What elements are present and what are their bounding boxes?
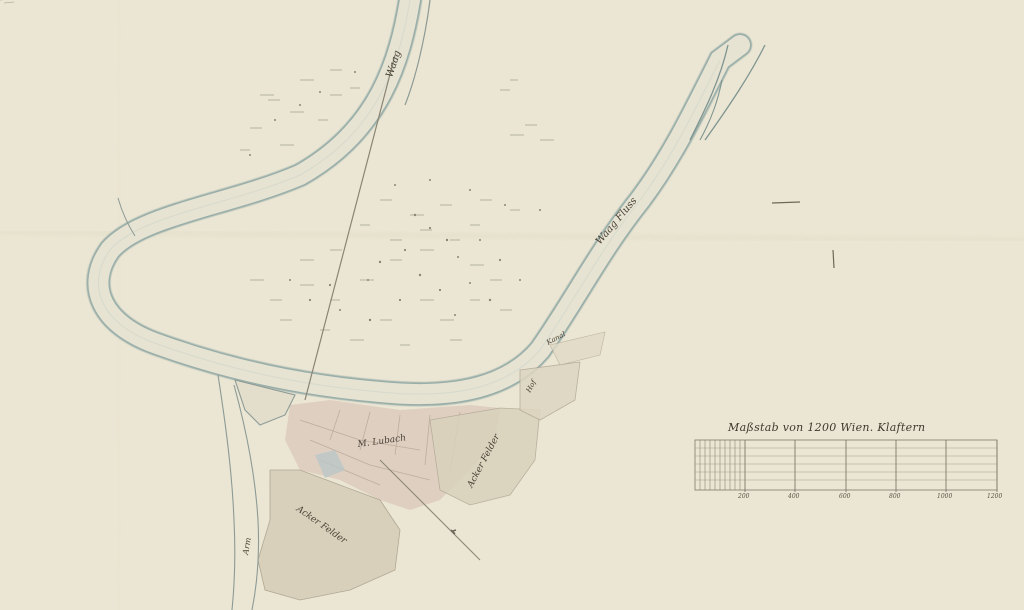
scale-tick-label: 400 xyxy=(788,493,799,500)
marsh-hatching xyxy=(0,0,14,3)
scale-tick-label: 200 xyxy=(738,493,749,500)
scale-bar xyxy=(695,440,997,492)
scale-tick-label: 800 xyxy=(889,493,900,500)
scale-bar-title: Maßstab von 1200 Wien. Klaftern xyxy=(728,421,925,434)
scale-ticks: 200 400 600 800 1000 1200 xyxy=(0,493,1024,505)
scale-tick-label: 1000 xyxy=(937,493,952,500)
paper-fold-lines xyxy=(0,0,1024,610)
map-canvas: Waag Waag Fluss M. Lubach Acker Felder A… xyxy=(0,0,1024,610)
label-branch-west: Arm xyxy=(241,536,253,556)
marsh-area xyxy=(240,70,554,345)
scale-tick-label: 1200 xyxy=(987,493,1002,500)
road-line xyxy=(305,55,395,400)
river-main xyxy=(98,0,765,394)
scale-tick-label: 600 xyxy=(839,493,850,500)
historic-map: Waag Waag Fluss M. Lubach Acker Felder A… xyxy=(0,0,1024,610)
